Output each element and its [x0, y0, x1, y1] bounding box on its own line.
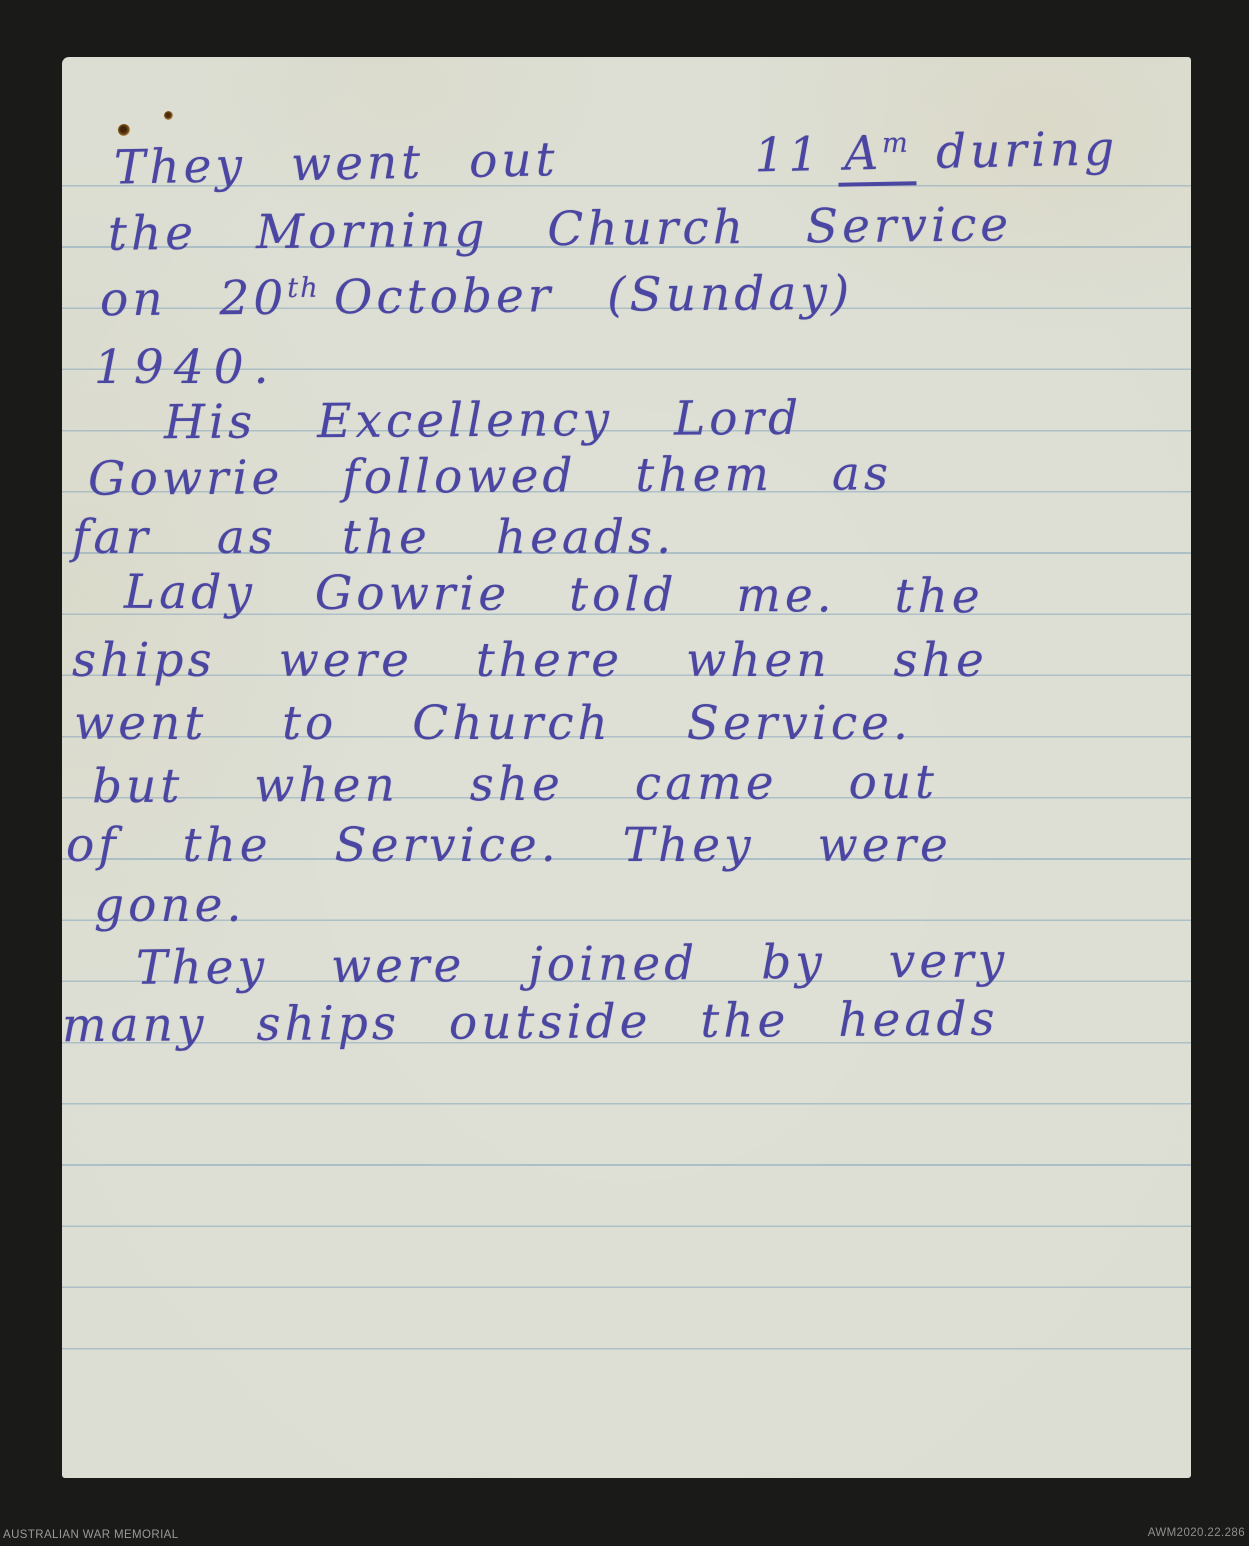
- handwritten-line-2: the Morning Church Service: [108, 199, 1013, 260]
- handwritten-line-5: His Excellency Lord: [164, 393, 802, 449]
- handwritten-line-4: 1940.: [94, 342, 279, 394]
- line-segment: October (Sunday): [334, 266, 854, 326]
- handwritten-line-3: on 20thOctober (Sunday): [100, 268, 854, 326]
- foxing-spot-1: [118, 124, 130, 136]
- superscript-m: m: [882, 128, 910, 160]
- handwritten-line-7: far as the heads.: [72, 512, 675, 564]
- handwritten-line-10: went to Church Service.: [74, 698, 912, 750]
- line-segment: They went out: [114, 132, 560, 196]
- line-segment: during: [935, 121, 1118, 179]
- handwritten-line-11: but when she came out: [92, 757, 938, 813]
- underlined-time: Am: [838, 127, 917, 186]
- accession-number: AWM2020.22.286: [1148, 1527, 1245, 1539]
- handwritten-line-14: They were joined by very: [136, 935, 1009, 994]
- scan-background: They went out11Amduring the Morning Chur…: [0, 0, 1249, 1546]
- handwritten-line-9: ships were there when she: [72, 635, 988, 687]
- handwritten-line-15: many ships outside the heads: [62, 994, 999, 1052]
- line-segment: on 20: [100, 271, 288, 328]
- superscript-th: th: [287, 273, 320, 304]
- handwritten-line-13: gone.: [94, 880, 245, 932]
- foxing-spot-2: [164, 111, 173, 120]
- handwritten-line-8: Lady Gowrie told me. the: [124, 567, 984, 623]
- line-segment: A: [844, 126, 883, 182]
- awm-watermark: AUSTRALIAN WAR MEMORIAL: [3, 1529, 179, 1541]
- handwritten-line-12: of the Service. They were: [66, 820, 952, 872]
- handwritten-line-6: Gowrie followed them as: [88, 448, 892, 505]
- letter-page: They went out11Amduring the Morning Chur…: [62, 57, 1191, 1478]
- line-segment-time-number: 11: [754, 127, 823, 183]
